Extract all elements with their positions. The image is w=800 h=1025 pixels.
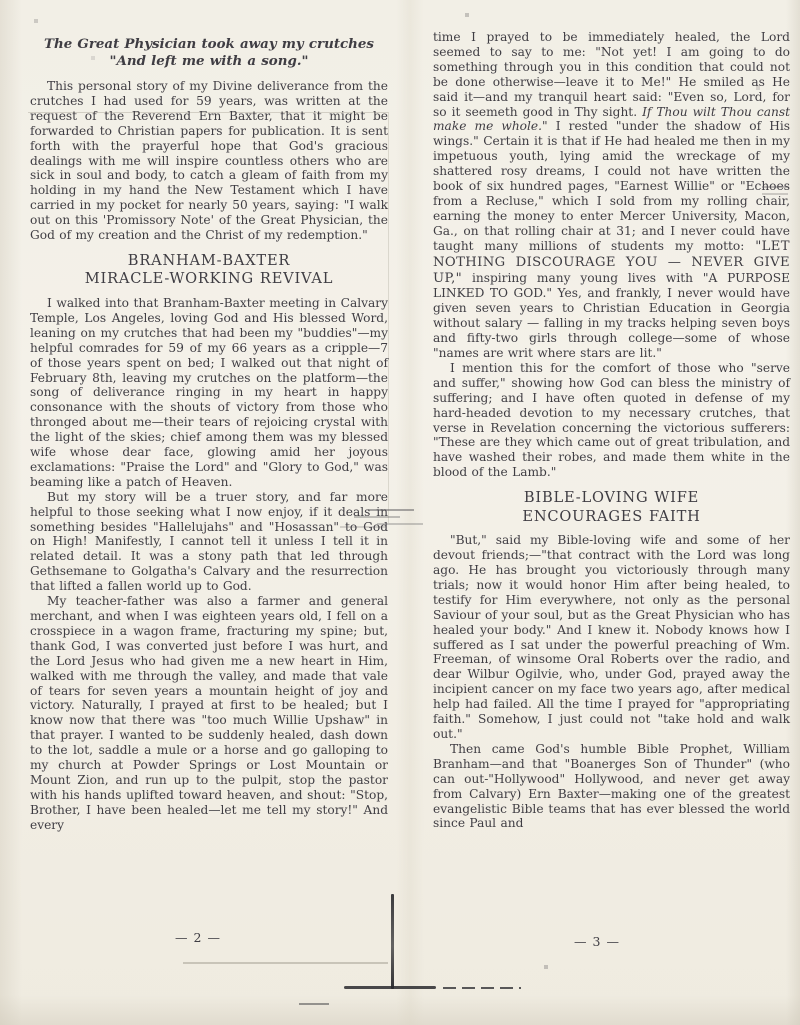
heading-line-1: BIBLE-LOVING WIFE [433,489,790,508]
paper-edge-shading-bottom [0,995,800,1025]
body-paragraph: I walked into that Branham-Baxter meetin… [30,296,388,490]
epigraph: The Great Physician took away my crutche… [30,36,388,70]
body-paragraph: But my story will be a truer story, and … [30,490,388,594]
heading-line-2: ENCOURAGES FAITH [433,508,790,527]
intro-paragraph: This personal story of my Divine deliver… [30,79,388,243]
page-gutter-shading [396,0,424,1025]
heading-line-1: BRANHAM-BAXTER [30,252,388,271]
epigraph-line-1: The Great Physician took away my crutche… [30,36,388,53]
paper-edge-shading-left [0,0,22,1025]
page-3-column: time I prayed to be immediately healed, … [433,30,790,831]
faint-scan-line [183,962,388,964]
section-heading-bible-loving-wife: BIBLE-LOVING WIFE ENCOURAGES FAITH [433,489,790,526]
page-number-3: — 3 — [567,934,627,949]
section-heading-branham-baxter-revival: BRANHAM-BAXTER MIRACLE-WORKING REVIVAL [30,252,388,289]
body-paragraph: I mention this for the comfort of those … [433,361,790,480]
body-paragraph: My teacher-father was also a farmer and … [30,594,388,833]
paragraph-text: I rested "under the shadow of His wings.… [433,119,790,252]
page-number-2: — 2 — [168,930,228,945]
body-paragraph: Then came God's humble Bible Prophet, Wi… [433,742,790,831]
paper-specks [0,0,2,2]
body-paragraph: "But," said my Bible-loving wife and som… [433,533,790,742]
fold-crease-horizontal-dashes [443,987,521,989]
heading-line-2: MIRACLE-WORKING REVIVAL [30,270,388,289]
paragraph-text: inspiring many young lives with "A PURPO… [433,271,790,361]
page-2-column: The Great Physician took away my crutche… [30,36,388,833]
fold-crease-horizontal [344,986,436,989]
fold-crease-vertical [391,894,394,989]
body-paragraph: time I prayed to be immediately healed, … [433,30,790,361]
fold-crease-small-dash [299,1003,329,1005]
scanned-pamphlet-spread: { "colors": { "paper": "#f3f0e7", "ink":… [0,0,800,1025]
epigraph-line-2: "And left me with a song." [30,53,388,70]
